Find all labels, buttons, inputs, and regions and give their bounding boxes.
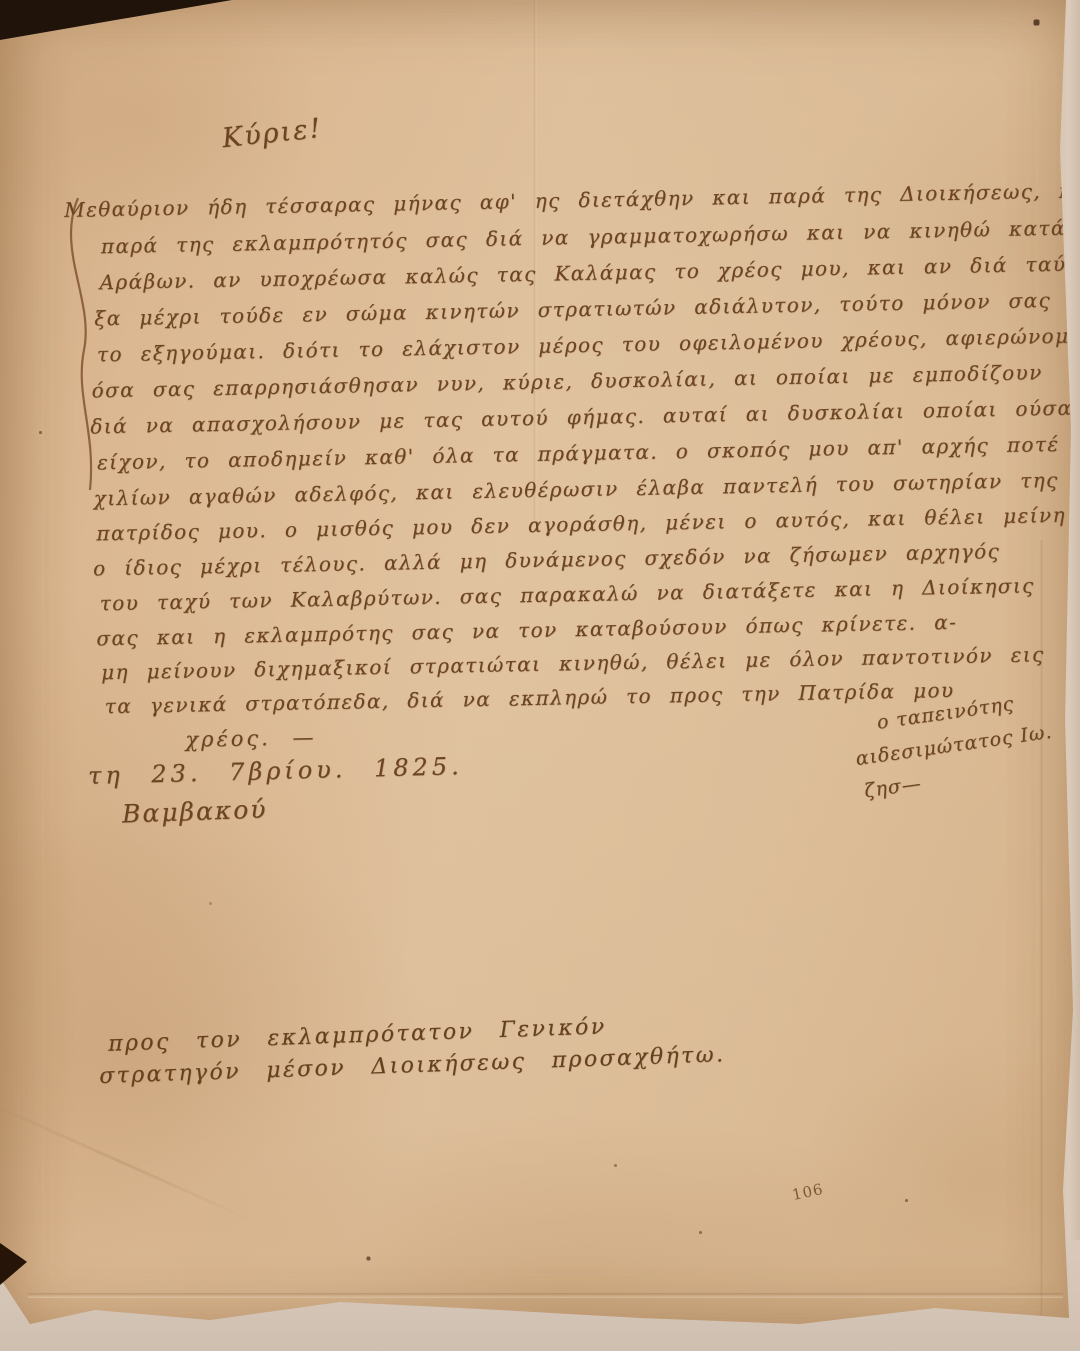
body-line: του ταχύ των Καλαβρύτων. σας παρακαλώ να… bbox=[100, 573, 1035, 615]
body-line: ξα μέχρι τούδε εν σώμα κινητών στρατιωτώ… bbox=[94, 288, 1051, 330]
photo-background: Κύριε! Μεθαύριον ήδη τέσσαρας μήνας αφ' … bbox=[0, 0, 1080, 1351]
ink-specks bbox=[0, 0, 1, 1]
body-line: χιλίων αγαθών αδελφός, και ελευθέρωσιν έ… bbox=[94, 468, 1059, 511]
body-line: διά να απασχολήσουν με τας αυτού φήμας. … bbox=[90, 395, 1080, 438]
fold-crease-diagonal bbox=[0, 1099, 258, 1224]
body-line: πατρίδος μου. ο μισθός μου δεν αγοράσθη,… bbox=[96, 503, 1066, 546]
body-line: το εξηγούμαι. διότι το ελάχιστον μέρος τ… bbox=[97, 322, 1080, 366]
body-line: παρά της εκλαμπρότητός σας διά να γραμμα… bbox=[101, 215, 1080, 259]
body-line: όσα σας επαρρησιάσθησαν νυν, κύριε, δυσκ… bbox=[91, 360, 1042, 402]
signature-line: ζησ— bbox=[863, 772, 923, 802]
body-line: τα γενικά στρατόπεδα, διά να εκπληρώ το … bbox=[104, 678, 954, 718]
body-line: σας και η εκλαμπρότης σας να τον καταβού… bbox=[96, 610, 957, 651]
place-line: Βαμβακού bbox=[122, 794, 268, 828]
fold-crease-bottom bbox=[28, 1293, 1063, 1298]
body-line: ο ίδιος μέχρι τέλους. αλλά μη δυνάμενος … bbox=[93, 539, 1001, 580]
body-line: Αράβων. αν υποχρέωσα καλώς τας Καλάμας τ… bbox=[99, 251, 1080, 294]
page-number: 106 bbox=[790, 1180, 825, 1204]
letter-paper: Κύριε! Μεθαύριον ήδη τέσσαρας μήνας αφ' … bbox=[0, 0, 1080, 1330]
body-line: είχον, το αποδημείν καθ' όλα τα πράγματα… bbox=[97, 432, 1060, 474]
closing-line: χρέος. — bbox=[185, 725, 317, 752]
body-line: Μεθαύριον ήδη τέσσαρας μήνας αφ' ης διετ… bbox=[64, 178, 1080, 222]
